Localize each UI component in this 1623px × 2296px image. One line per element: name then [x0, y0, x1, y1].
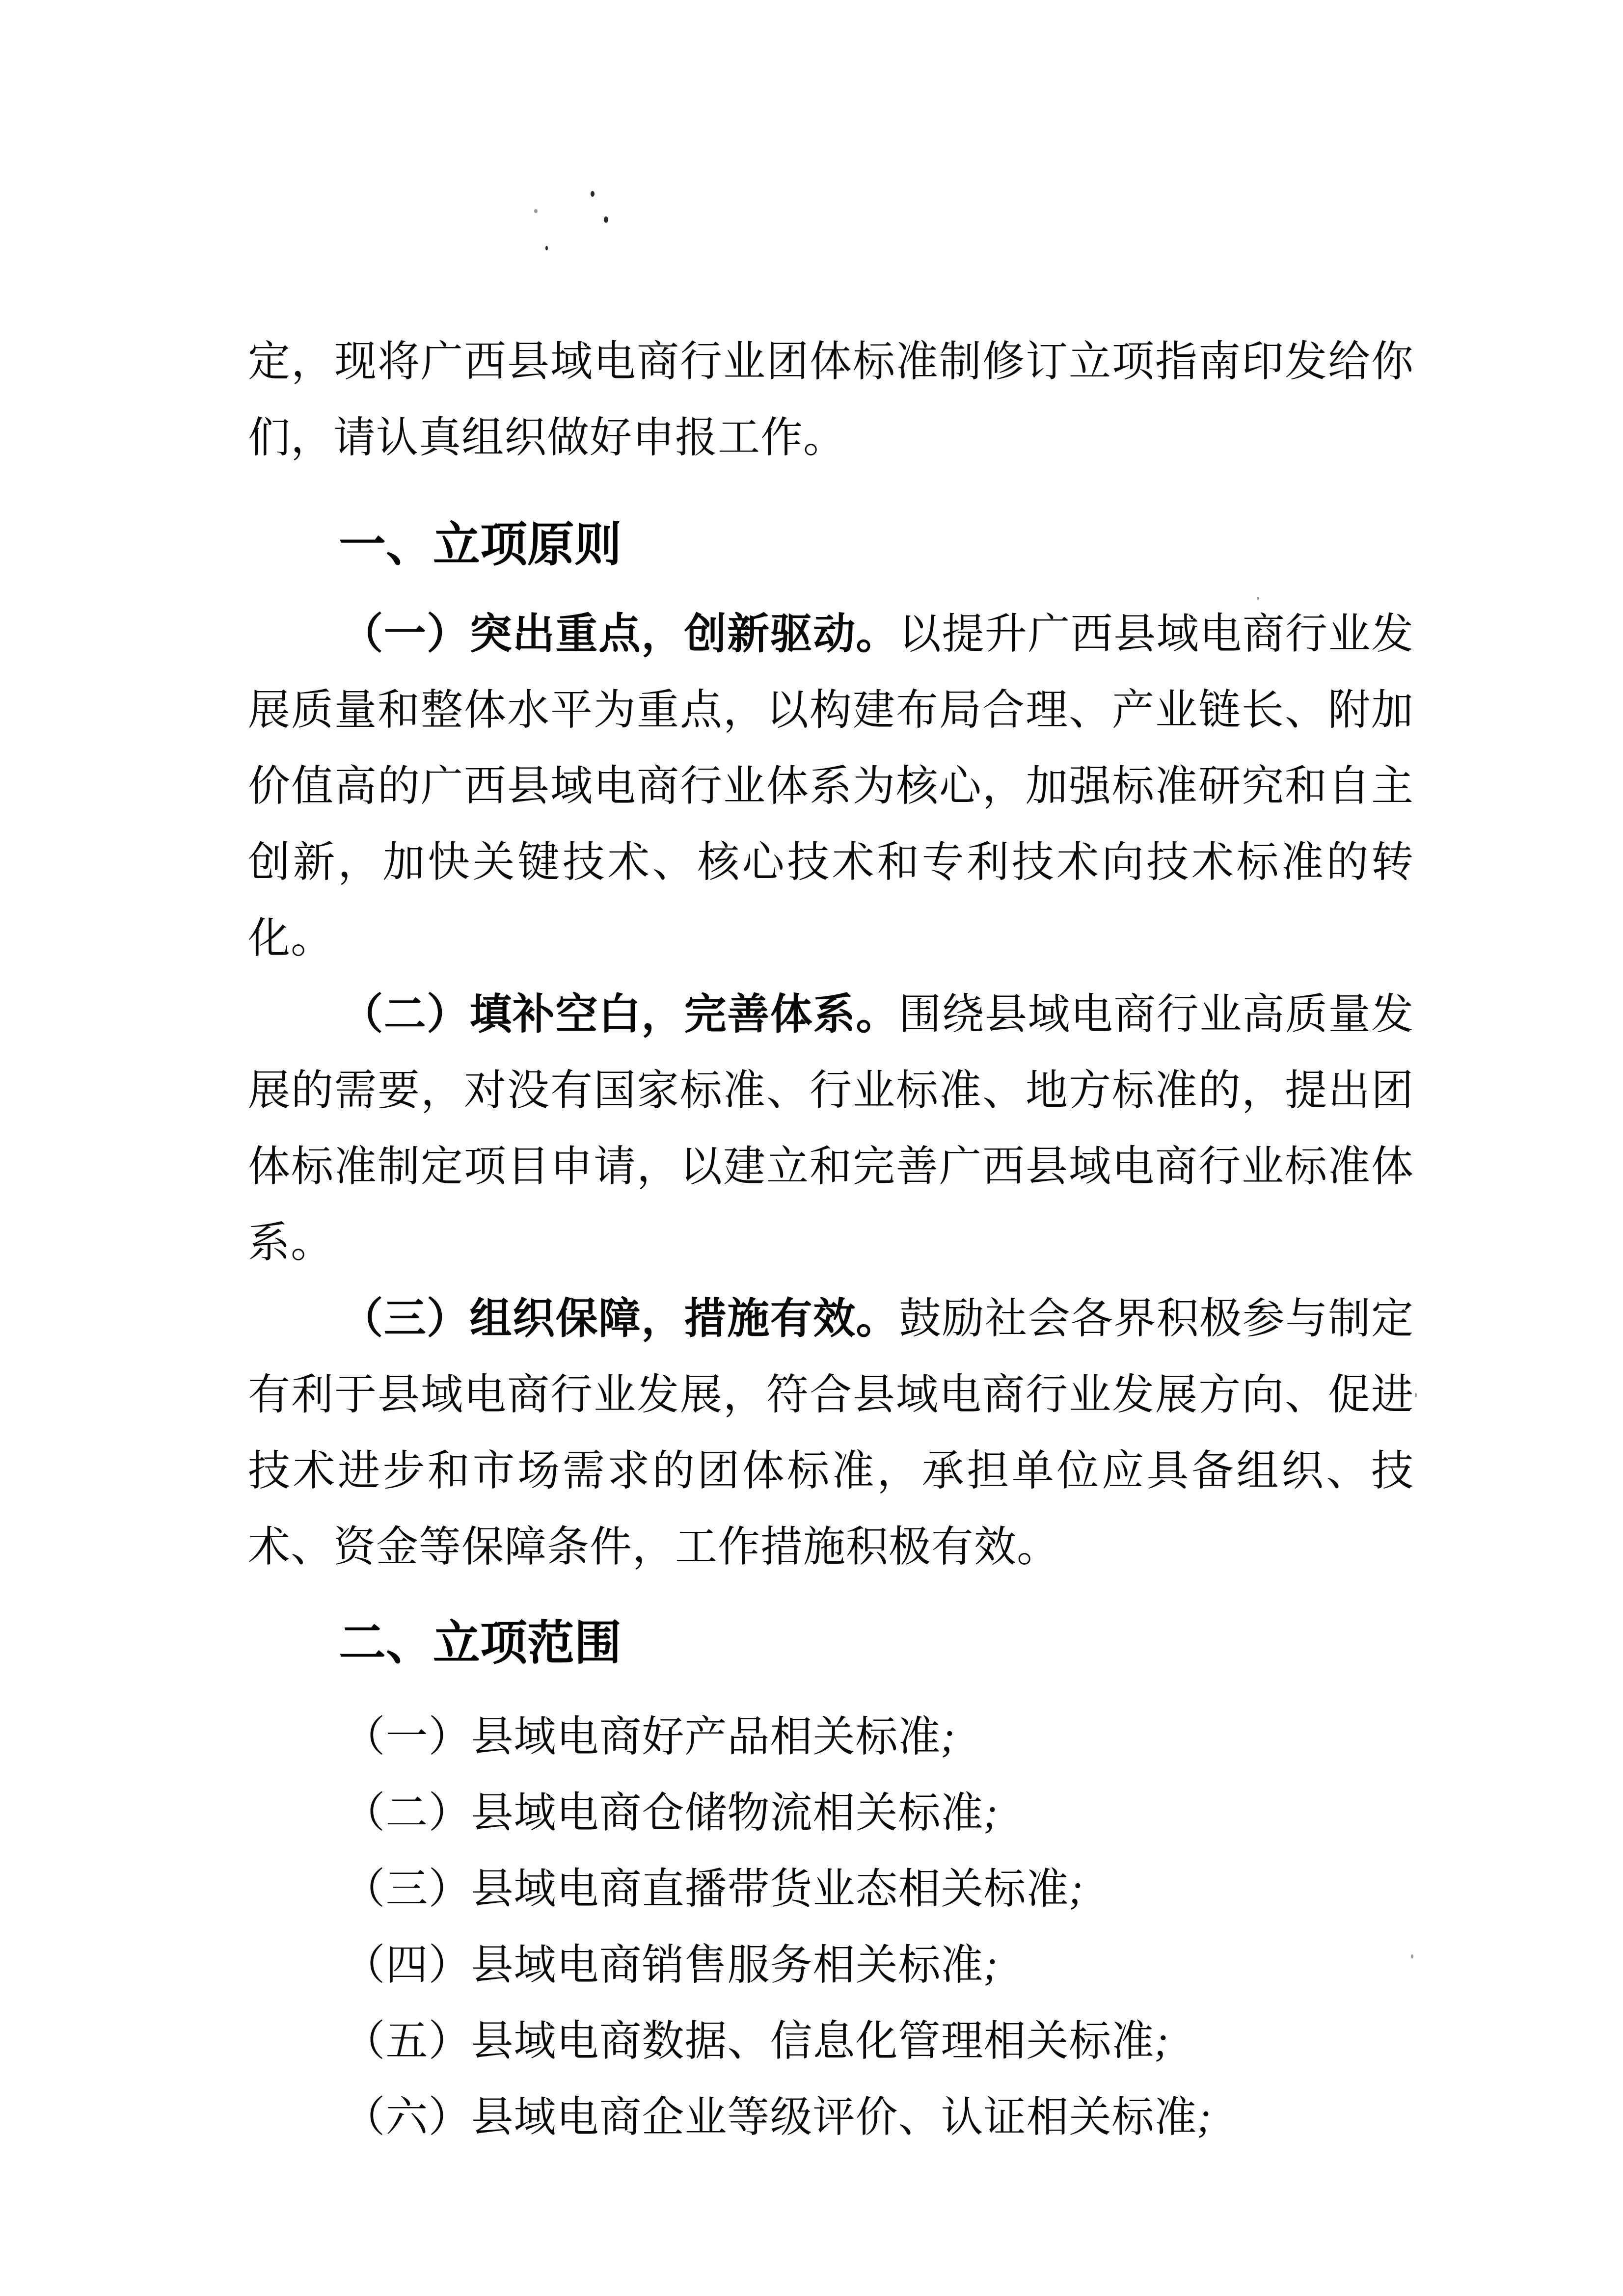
- scan-speck: [534, 209, 538, 213]
- document-page: 定，现将广西县域电商行业团体标准制修订立项指南印发给你们，请认真组织做好申报工作…: [0, 0, 1623, 2296]
- principle-paragraph-2: （二）填补空白，完善体系。围绕县域电商行业高质量发展的需要，对没有国家标准、行业…: [248, 977, 1414, 1281]
- opening-paragraph: 定，现将广西县域电商行业团体标准制修订立项指南印发给你们，请认真组织做好申报工作…: [248, 324, 1414, 476]
- scan-speck: [604, 216, 608, 223]
- scan-speck: [1411, 1954, 1413, 1958]
- principle-2-lead: （二）填补空白，完善体系。: [341, 991, 899, 1038]
- scope-item-1: （一）县域电商好产品相关标准;: [248, 1699, 1414, 1775]
- principle-1-lead: （一）突出重点，创新驱动。: [341, 611, 899, 658]
- principle-1-body: 以提升广西县域电商行业发展质量和整体水平为重点，以构建布局合理、产业链长、附加价…: [248, 611, 1414, 962]
- principle-paragraph-3: （三）组织保障，措施有效。鼓励社会各界积极参与制定有利于县域电商行业发展，符合县…: [248, 1281, 1414, 1585]
- scope-item-4: （四）县域电商销售服务相关标准;: [248, 1927, 1414, 2003]
- scan-speck: [1257, 597, 1259, 600]
- scan-speck: [545, 246, 548, 250]
- section-heading-principles: 一、立项原则: [248, 506, 1414, 584]
- scope-item-3: （三）县域电商直播带货业态相关标准;: [248, 1851, 1414, 1927]
- scope-item-2: （二）县域电商仓储物流相关标准;: [248, 1775, 1414, 1851]
- principle-3-lead: （三）组织保障，措施有效。: [341, 1295, 899, 1342]
- scope-item-6: （六）县域电商企业等级评价、认证相关标准;: [248, 2080, 1414, 2156]
- scope-item-5: （五）县域电商数据、信息化管理相关标准;: [248, 2003, 1414, 2080]
- scan-speck: [591, 191, 595, 197]
- principle-paragraph-1: （一）突出重点，创新驱动。以提升广西县域电商行业发展质量和整体水平为重点，以构建…: [248, 596, 1414, 977]
- section-heading-scope: 二、立项范围: [248, 1604, 1414, 1682]
- scan-speck: [1415, 1393, 1417, 1397]
